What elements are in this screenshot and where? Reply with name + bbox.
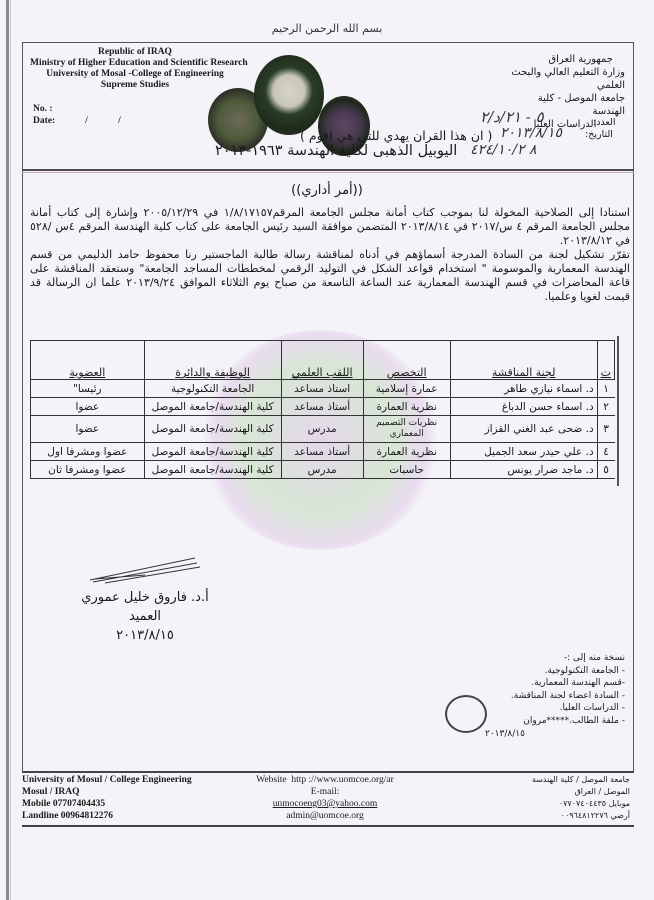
scan-edge [6,0,9,900]
member-position: كلية الهندسة/جامعة الموصل [144,398,281,416]
copies-title: نسخة منه إلى :- [485,652,625,665]
handwritten-number: ٥ - ٢١/د/٢ [480,108,544,126]
email-label: E-mail: [200,786,450,798]
member-position: كلية الهندسة/جامعة الموصل [144,461,281,479]
row-index: ٣ [597,416,614,443]
page-frame-left [22,42,23,772]
signatory-role: العميد [70,607,220,626]
member-role: عضوا ومشرفا اول [31,443,145,461]
member-specialization: عمارة إسلامية [363,380,450,398]
row-index: ٥ [597,461,614,479]
page-frame-top [22,42,634,43]
footer-en-line: University of Mosul / College Engineerin… [22,774,192,786]
footer-contact: Website http ://www.uomcoe.org/ar E-mail… [200,774,450,822]
quran-verse: ( ان هذا القران يهدي للتي هي اقوم ) [300,128,492,143]
copy-recipient: - ملفة الطالب.*****مروان [485,715,625,728]
number-label-ar: العدد: [593,117,616,128]
signature-block: أ.د. فاروق خليل عموري العميد ٢٠١٣/٨/١٥ [70,588,220,645]
header-index: ت [597,341,614,380]
member-position: كلية الهندسة/جامعة الموصل [144,416,281,443]
footer-arabic: جامعة الموصل / كلية الهندسة الموصل / الع… [510,774,630,822]
date-value-en: / / [85,116,135,126]
signatory-name: أ.د. فاروق خليل عموري [70,588,220,607]
letterhead-english: Republic of IRAQ Ministry of Higher Educ… [30,47,240,91]
footer-ar-line: أرضي ٠٠٩٦٤٨١٢٢٧٦ [510,810,630,822]
table-row: ٤ د. علي حيدر سعد الجميل نظرية العمارة أ… [31,443,615,461]
table-row: ٢ د. اسماء حسن الدباغ نظرية العمارة أستا… [31,398,615,416]
header-divider [22,169,634,171]
table-side-bar [617,336,619,486]
order-body: استنادا إلى الصلاحية المخولة لنا بموجب ك… [30,206,630,304]
footer-english: University of Mosul / College Engineerin… [22,774,192,822]
row-index: ٤ [597,443,614,461]
footer-divider-bottom [22,825,634,827]
member-title: مدرس [281,461,363,479]
letterhead-ar-line: جمهورية العراق [505,53,613,66]
table-row: ٣ د. ضحى عبد الغني القزاز نظريات التصميم… [31,416,615,443]
member-specialization: نظرية العمارة [363,443,450,461]
member-name: د. علي حيدر سعد الجميل [450,443,597,461]
committee-table: ت لجنة المناقشة التخصص اللقب العلمي الوظ… [30,340,615,479]
jubilee-slogan: اليوبيل الذهبى لكلية الهندسة ١٩٦٣-٢٠١٣ [215,143,457,159]
copy-recipient: - السادة اعضاء لجنة المناقشة. [485,690,625,703]
member-name: د. ضحى عبد الغني القزاز [450,416,597,443]
document-title: ((أمر أداري)) [0,183,654,198]
copies-date: ٢٠١٣/٨/١٥ [485,728,625,741]
header-specialization: التخصص [363,341,450,380]
table-row: ١ د. اسماء نيازي طاهر عمارة إسلامية استا… [31,380,615,398]
date-label-ar: التاريخ: [585,129,613,140]
row-index: ٢ [597,398,614,416]
member-specialization: حاسبات [363,461,450,479]
member-role: رئيسا" [31,380,145,398]
footer-en-line: Mosul / IRAQ [22,786,192,798]
copy-recipient: - الدراسات العليا. [485,702,625,715]
footer-ar-line: الموصل / العراق [510,786,630,798]
copies-list: نسخة منه إلى :- - الجامعة التكنولوجية. -… [485,652,625,741]
member-name: د. اسماء نيازي طاهر [450,380,597,398]
copy-recipient: -قسم الهندسة المعمارية. [485,677,625,690]
date-label-en: Date: [33,116,55,126]
header-divider-shadow [22,172,634,173]
number-label-en: No. : [33,103,135,115]
member-specialization: نظرية العمارة [363,398,450,416]
letterhead-ar-line: وزارة التعليم العالي والبحث العلمي [505,66,625,92]
footer-en-line: Mobile 07707404435 [22,798,192,810]
bismillah-heading: بسم الله الرحمن الرحيم [0,22,654,35]
member-title: استاذ مساعد [281,380,363,398]
member-name: د. ماجد ضرار يونس [450,461,597,479]
header-title: اللقب العلمي [281,341,363,380]
letterhead-en-line: Supreme Studies [30,80,240,91]
letterhead-en-line: Republic of IRAQ [30,47,240,58]
table-row: ٥ د. ماجد ضرار يونس حاسبات مدرس كلية اله… [31,461,615,479]
signature-date: ٢٠١٣/٨/١٥ [70,626,220,645]
footer-ar-line: جامعة الموصل / كلية الهندسة [510,774,630,786]
email-link-yahoo[interactable]: unmocoeng03@yahoo.com [200,798,450,810]
copy-recipient: - الجامعة التكنولوجية. [485,665,625,678]
website-label: Website [256,775,286,785]
member-position: الجامعة التكنولوجية [144,380,281,398]
member-title: أستاذ مساعد [281,398,363,416]
row-index: ١ [597,380,614,398]
university-logo [254,55,324,135]
table-header-row: ت لجنة المناقشة التخصص اللقب العلمي الوظ… [31,341,615,380]
member-role: عضوا ومشرفا ثان [31,461,145,479]
email-link-admin[interactable]: admin@uomcoe.org [200,810,450,822]
reference-english: No. : Date:/ / [33,103,135,127]
letterhead-en-line: University of Mosal -College of Engineer… [30,69,240,80]
initial-signature [445,695,487,733]
member-role: عضوا [31,416,145,443]
signature-scribble [85,555,205,585]
handwritten-extra: ٨ ٤٢٤/١٠/٢ [470,142,537,158]
member-name: د. اسماء حسن الدباغ [450,398,597,416]
body-paragraph-reference: استنادا إلى الصلاحية المخولة لنا بموجب ك… [30,206,630,248]
member-title: مدرس [281,416,363,443]
letterhead-en-line: Ministry of Higher Education and Scienti… [30,58,240,69]
website-link[interactable]: http ://www.uomcoe.org/ar [291,775,393,785]
header-name: لجنة المناقشة [450,341,597,380]
body-paragraph-decision: تقرّر تشكيل لجنة من السادة المدرجة أسماؤ… [30,248,630,304]
member-role: عضوا [31,398,145,416]
footer-divider-top [22,771,634,773]
footer-ar-line: موبايل ٠٧٧٠٧٤٠٤٤٣٥ [510,798,630,810]
handwritten-date: ٢٠١٣/٨/١٥ [500,125,562,141]
footer-en-line: Landline 00964812276 [22,810,192,822]
scan-edge-shadow [10,0,11,900]
header-position: الوظيفة والدائرة [144,341,281,380]
header-membership: العضوية [31,341,145,380]
member-position: كلية الهندسة/جامعة الموصل [144,443,281,461]
member-specialization: نظريات التصميم المعماري [363,416,450,443]
page-frame-right [633,42,634,772]
member-title: أستاذ مساعد [281,443,363,461]
